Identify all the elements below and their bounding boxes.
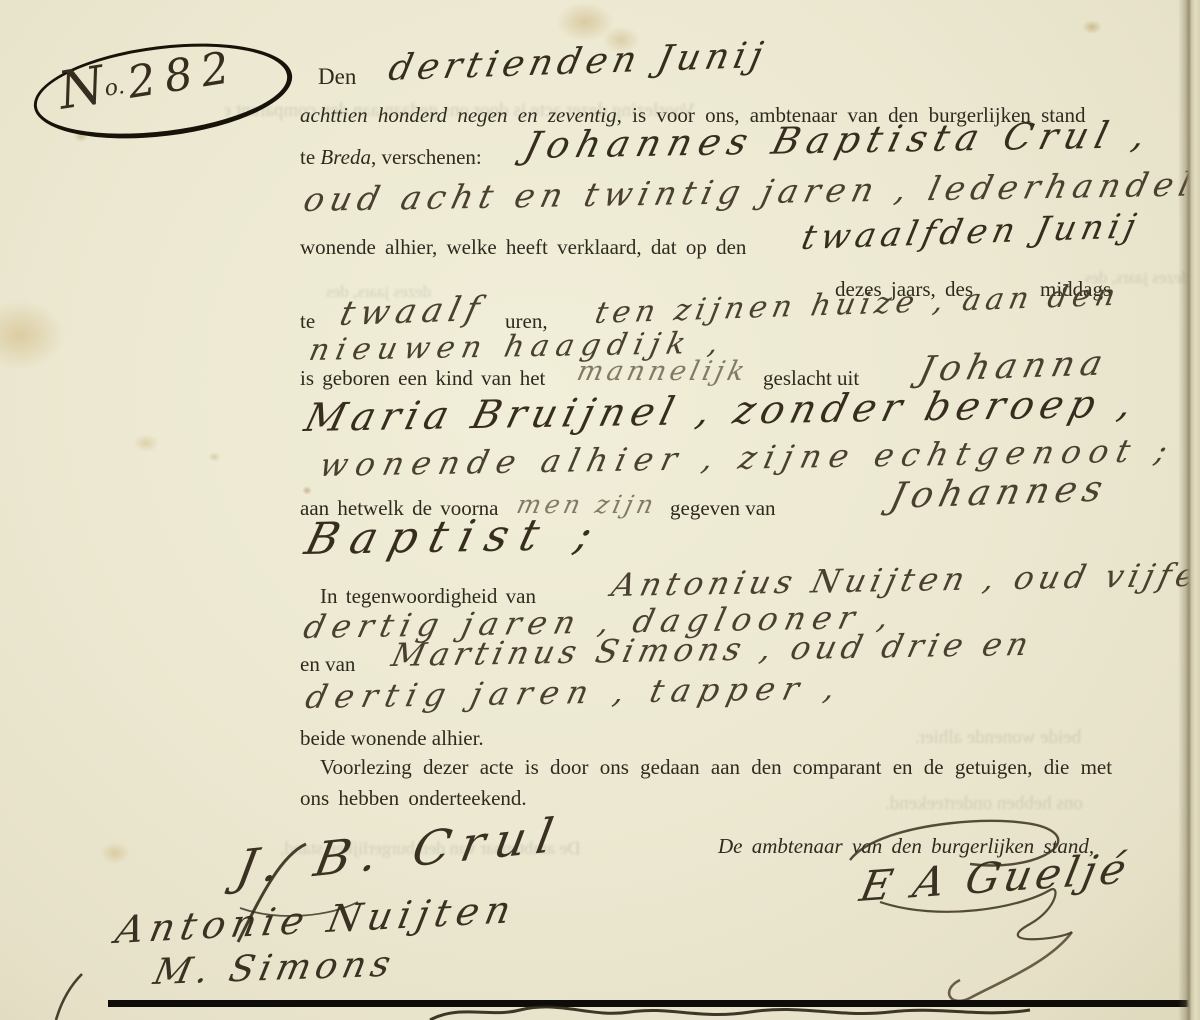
witness1-name-handwritten: Antonius Nuijten , oud vijfen [608,555,1200,604]
closing-line2: ons hebben onderteekend. [300,786,527,811]
child-first-name-handwritten: Johannes [886,469,1112,517]
declarant-signature-flourish [220,838,360,948]
beide-wonende-label: beide wonende alhier. [300,726,484,751]
act-date-handwritten: dertienden Junij [385,35,771,89]
paper-stain [302,486,312,495]
paper-stain [1082,20,1102,34]
label-den: Den [318,64,356,90]
birth-date-handwritten: twaalfden Junij [798,206,1144,258]
next-act-handwriting-cut [420,1002,1120,1020]
bleed-through-text: beide wonende alhier. [915,727,1081,749]
official-signature-flourish [820,812,1160,1012]
paper-stain [556,2,614,42]
birth-hour-handwritten: twaalf [336,289,489,334]
closing-line1: Voorlezing dezer acte is door ons gedaan… [320,755,1112,780]
verschenen-label: , verschenen: [371,145,482,169]
paper-stain [133,434,159,452]
witness2-signature: M. Simons [150,944,399,993]
child-second-name-handwritten: Baptist ; [300,509,610,565]
margin-flourish-cut [48,972,108,1020]
record-number-prefix: N [54,55,108,121]
paper-stain [208,452,221,462]
place-line: te Breda, verschenen: [300,145,482,170]
label-te: te [300,145,315,169]
en-van-label: en van [300,652,355,677]
gender-handwritten: mannelijk [574,356,752,387]
record-number-sup: o. [103,74,127,102]
label-te-hour: te [300,309,315,334]
gegeven-van-label: gegeven van [670,496,776,521]
paper-stain [100,842,130,864]
birth-certificate-page: Voorlezing dezer acte is door ons gedaan… [0,0,1200,1020]
paper-stain [0,300,65,370]
geboren-clause: is geboren een kind van het [300,366,545,391]
declarant-residence-clause: wonende alhier, welke heeft verklaard, d… [300,235,746,260]
witness2-rest-handwritten: dertig jaren , tapper , [302,669,847,716]
place-name: Breda [320,145,371,169]
page-edge [1178,0,1200,1020]
